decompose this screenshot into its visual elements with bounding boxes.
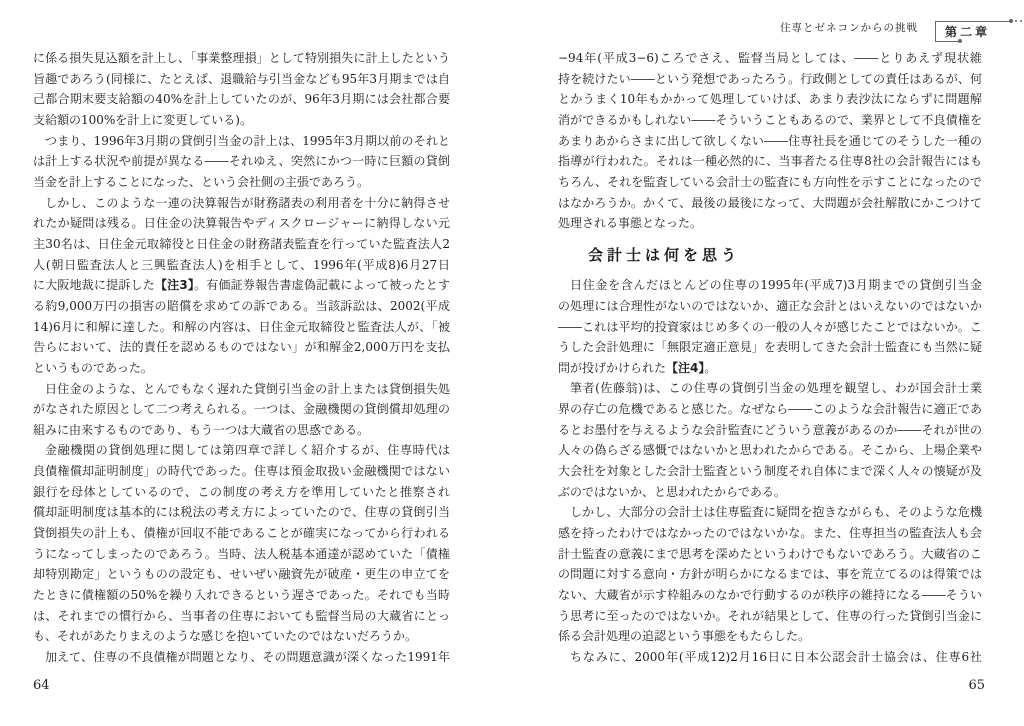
text-line: れたか疑問は残る。日住金の決算報告やディスクロージャーに納得しない元株 [33, 213, 450, 234]
text-line: 問が投げかけられた【注4】。 [558, 358, 982, 379]
page-number-right: 65 [968, 678, 985, 693]
text-line: つまり、1996年3月期の貸倒引当金の計上は、1995年3月期以前のそれと [33, 131, 450, 152]
text-line: 加えて、住専の不良債権が問題となり、その問題意識が深くなった1991年 [33, 647, 450, 668]
section-heading: 会計士は何を思う [558, 234, 982, 275]
tab-dot [1009, 19, 1013, 23]
text-line: 指導が行われた。それは一種必然的に、当事者たる住専8社の会計報告にはも [558, 151, 982, 172]
right-page-text-column: −94年(平成3−6)ころでさえ、監督当局としては、――とりあえず現状維持を続け… [558, 48, 982, 668]
text-line: は計上する状況や前提が異なる――それゆえ、突然にかつ一時に巨額の貸倒引 [33, 151, 450, 172]
text-line: ちなみに、2000年(平成12)2月16日に日本公認会計士協会は、住専6社 [558, 647, 982, 668]
text-line: 係る会計処理の追認という事態をもたらした。 [558, 626, 982, 647]
text-line: 人々の偽らざる感慨ではないかと思われたからである。そこから、上場企業や [558, 440, 982, 461]
text-line: 処理される事態となった。 [558, 213, 982, 234]
text-line: 貸倒損失の計上も、債権が回収不能であることが確実になってから行われるよ [33, 523, 450, 544]
text-line: うした会計処理に「無限定適正意見」を表明してきた会計士監査にも当然に疑 [558, 337, 982, 358]
text-line: るとお墨付を与えるような会計監査にどういう意義があるのか――それが世の [558, 420, 982, 441]
text-line: 日住金のような、とんでもなく遅れた貸倒引当金の計上または貸倒損失処理 [33, 379, 450, 400]
text-line: 14)6月に和解に達した。和解の内容は、日住金元取締役と監査法人が、「被 [33, 317, 450, 338]
text-line: しかし、このような一連の決算報告が財務諸表の利用者を十分に納得させら [33, 193, 450, 214]
text-line: あまりあからさまに出して欲しくない――住専社長を通じてのそうした一種の [558, 131, 982, 152]
text-line: たときに債権額の50%を繰り入れできるという遅さであった。それでも当時 [33, 585, 450, 606]
text-line: 大会社を対象とした会計士監査という制度それ自体にまで深く人々の懐疑が及 [558, 461, 982, 482]
note-reference: 【注3】 [155, 278, 194, 292]
text-line: 感を持ったわけではなかったのではないかな。また、住専担当の監査法人も会 [558, 523, 982, 544]
text-line: も、それがあたりまえのような感じを抱いていたのではないだろうか。 [33, 626, 450, 647]
text-line: 支給額の100%を計上に変更している)。 [33, 110, 450, 131]
text-line: 計士監査の意義にまで思考を深めたというわけでもないであろう。大蔵省のこ [558, 544, 982, 565]
tab-dot [1015, 20, 1017, 22]
text-line: ちろん、それを監査している会計士の監査にも方向性を示すことになったので [558, 172, 982, 193]
text-line: る約9,000万円の損害の賠償を求めての訴である。当該訴訟は、2002(平成 [33, 296, 450, 317]
text-line: は、それまでの慣行から、当事者の住専においても監督当局の大蔵省にとって [33, 606, 450, 627]
text-line: 組みに由来するものであり、もう一つは大蔵省の思惑である。 [33, 420, 450, 441]
text-line: 己都合期末要支給額の40%を計上していたのが、96年3月期には会社都合要 [33, 89, 450, 110]
text-line: 主30名は、日住金元取締役と日住金の財務諸表監査を行っていた監査法人2法 [33, 234, 450, 255]
text-line: の処理には合理性がないのではないか、適正な会計とはいえないのではないか [558, 296, 982, 317]
text-line: 人(朝日監査法人と三興監査法人)を相手として、1996年(平成8)6月27日 [33, 255, 450, 276]
text-line: がなされた原因として二つ考えられる。一つは、金融機関の貸倒償却処理の仕 [33, 399, 450, 420]
page-number-left: 64 [33, 678, 50, 693]
text-line: 旨趣であろう(同様に、たとえば、退職給与引当金なども95年3月期までは自 [33, 69, 450, 90]
text-line: 日住金を含んだほとんどの住専の1995年(平成7)3月期までの貸倒引当金 [558, 275, 982, 296]
text-line: うになってしまったのであろう。当時、法人税基本通達が認めていた「債権償 [33, 544, 450, 565]
text-line: に大阪地裁に提訴した【注3】。有価証券報告書虚偽記載によって被ったとす [33, 275, 450, 296]
chapter-tab-bottom-rule [935, 41, 960, 42]
text-line: 筆者(佐藤翁)は、この住専の貸倒引当金の処理を観望し、わが国会計士業 [558, 378, 982, 399]
text-line: 当金を計上することになった、という会社側の主張であろう。 [33, 172, 450, 193]
text-line: に係る損失見込額を計上し、「事業整理損」として特別損失に計上したという [33, 48, 450, 69]
note-reference: 【注4】 [666, 361, 704, 375]
running-title: 住専とゼネコンからの挑戦 [780, 20, 918, 35]
text-line: ない、大蔵省が示す枠組みのなかで行動するのが秩序の維持になる――そうい [558, 585, 982, 606]
text-line: 銀行を母体としているので、この制度の考え方を準用していたと推察される。 [33, 482, 450, 503]
text-line: 良債権償却証明制度」の時代であった。住専は預金取扱い金融機関ではないが [33, 461, 450, 482]
text-line: 界の存亡の危機であると感じた。なぜなら――このような会計報告に適正であ [558, 399, 982, 420]
text-line: 消ができるかもしれない――そういうこともあるので、業界として不良債権を [558, 110, 982, 131]
text-line: 却特別勘定」というものの設定も、せいぜい融資先が破産・更生の申立てをし [33, 564, 450, 585]
chapter-tab: 第二章 [935, 21, 1013, 42]
text-line: とかうまく10年もかかって処理していけば、あまり表沙汰にならずに問題解 [558, 89, 982, 110]
chapter-label: 第二章 [936, 22, 1013, 42]
text-line: ――これは平均的投資家はじめ多くの一般の人々が感じたことではないか。こ [558, 317, 982, 338]
text-line: ぶのではないか、と思われたからである。 [558, 482, 982, 503]
text-line: の問題に対する意向・方針が明らかになるまでは、事を荒立てるのは得策では [558, 564, 982, 585]
text-line: 持を続けたい――という発想であったろう。行政側としての責任はあるが、何 [558, 69, 982, 90]
text-line: 告らにおいて、法的責任を認めるものではない」が和解金2,000万円を支払う [33, 337, 450, 358]
text-line: 金融機関の貸倒処理に関しては第四章で詳しく紹介するが、住専時代は「不 [33, 440, 450, 461]
text-line: 償却証明制度は基本的には税法の考え方によっていたので、住専の貸倒引当金・ [33, 502, 450, 523]
tab-dot [958, 39, 962, 43]
text-line: −94年(平成3−6)ころでさえ、監督当局としては、――とりあえず現状維 [558, 48, 982, 69]
text-line: はなかろうか。かくて、最後の最後になって、大問題が会社解散にかこつけて [558, 193, 982, 214]
left-page-text-column: に係る損失見込額を計上し、「事業整理損」として特別損失に計上したという旨趣であろ… [33, 48, 450, 668]
text-line: というものであった。 [33, 358, 450, 379]
tab-dot [1020, 20, 1022, 22]
book-spread: 住専とゼネコンからの挑戦 第二章 に係る損失見込額を計上し、「事業整理損」として… [0, 0, 1024, 726]
text-line: う思考に至ったのではないか。それが結果として、住専の行った貸倒引当金に [558, 606, 982, 627]
text-line: しかし、大部分の会計士は住専監査に疑問を抱きながらも、そのような危機 [558, 502, 982, 523]
